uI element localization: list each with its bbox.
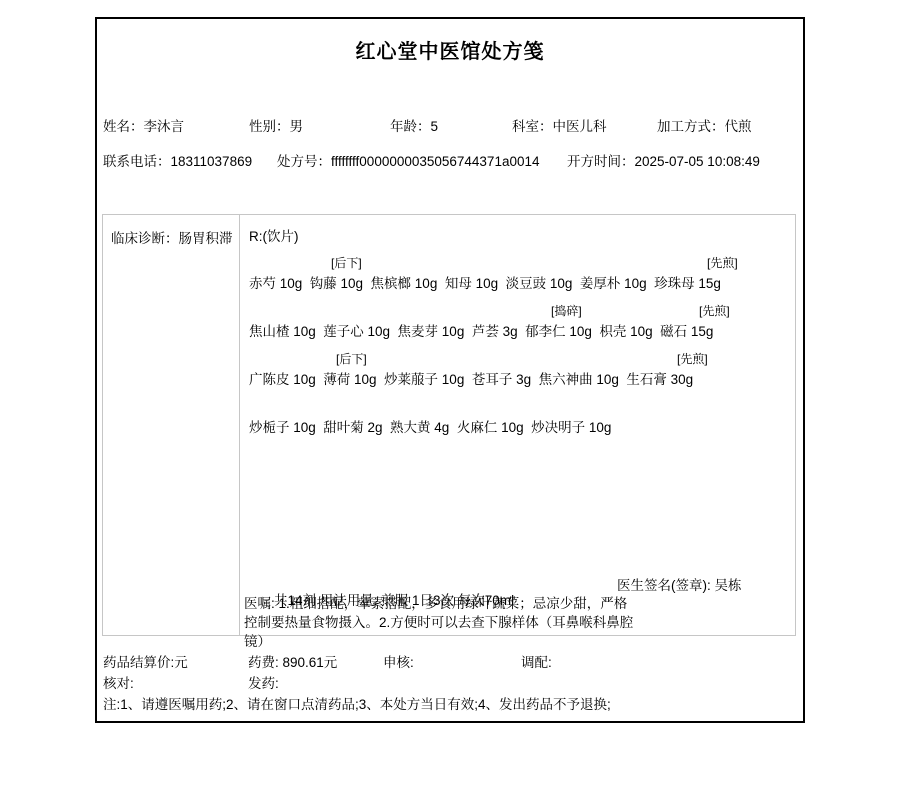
doctor-advice-line: 控制要热量食物摄入。2.方便时可以去查下腺样体（耳鼻喉科鼻腔 xyxy=(244,613,796,632)
review-field: 申核: xyxy=(383,651,414,671)
medicine-fee-field: 药费: 890.61元 xyxy=(248,651,337,671)
medicine-fee-value: 890.61元 xyxy=(283,655,338,670)
doctor-name: 吴栋 xyxy=(715,578,742,593)
cooking-method-label: [先煎] xyxy=(707,254,738,271)
cooking-method-label: [后下] xyxy=(336,350,367,367)
clinical-diagnosis: 临床诊断：肠胃积滞 xyxy=(103,215,240,635)
prescription-lines: [后下][先煎]赤芍 10g 钩藤 10g 焦槟榔 10g 知母 10g 淡豆豉… xyxy=(249,251,795,443)
issue-time-field: 开方时间：2025-07-05 10:08:49 xyxy=(567,150,760,170)
cooking-annotation-row: [后下][先煎] xyxy=(249,251,795,272)
medicine-row: 赤芍 10g 钩藤 10g 焦槟榔 10g 知母 10g 淡豆豉 10g 姜厚朴… xyxy=(249,272,795,299)
medicine-fee-label: 药费: xyxy=(248,655,283,670)
dispensing-field: 调配: xyxy=(521,651,552,671)
medicine-row: 炒栀子 10g 甜叶菊 2g 熟大黄 4g 火麻仁 10g 炒决明子 10g xyxy=(249,416,795,443)
cooking-annotation-row: [捣碎][先煎] xyxy=(249,299,795,320)
issue-time-label: 开方时间： xyxy=(567,154,635,169)
processing-method-label: 加工方式： xyxy=(657,119,725,134)
patient-gender-field: 性别：男 xyxy=(249,115,303,135)
patient-age-field: 年龄：5 xyxy=(390,115,438,135)
patient-department-label: 科室： xyxy=(512,119,553,134)
rx-number-value: ffffffff0000000035056744371a0014 xyxy=(331,154,540,169)
diagnosis-label: 临床诊断： xyxy=(111,231,179,246)
patient-name-value: 李沐言 xyxy=(144,119,185,134)
doctor-signature: 医生签名(签章): 吴栋 xyxy=(617,574,742,594)
dosage-summary-row: 共14剂 用法用量: 煎服 1日3次 每次70ml 医生签名(签章): 吴栋 xyxy=(244,574,796,594)
issue-field: 发药: xyxy=(248,672,279,692)
patient-department-field: 科室：中医儿科 xyxy=(512,115,607,135)
page-title: 红心堂中医馆处方笺 xyxy=(97,35,803,64)
patient-phone-label: 联系电话： xyxy=(103,154,171,169)
patient-gender-value: 男 xyxy=(290,119,304,134)
processing-method-field: 加工方式：代煎 xyxy=(657,115,752,135)
rx-number-label: 处方号： xyxy=(277,154,331,169)
cooking-method-label: [先煎] xyxy=(677,350,708,367)
patient-department-value: 中医儿科 xyxy=(553,119,607,134)
processing-method-value: 代煎 xyxy=(725,119,752,134)
cooking-annotation-row xyxy=(249,395,795,416)
cooking-annotation-row: [后下][先煎] xyxy=(249,347,795,368)
patient-age-value: 5 xyxy=(431,119,439,134)
issue-time-value: 2025-07-05 10:08:49 xyxy=(635,154,760,169)
check-field: 核对: xyxy=(103,672,134,692)
patient-age-label: 年龄： xyxy=(390,119,431,134)
usage-note: 注:1、请遵医嘱用药;2、请在窗口点清药品;3、本处方当日有效;4、发出药品不予… xyxy=(103,693,611,713)
settlement-price-field: 药品结算价:元 xyxy=(103,651,188,671)
dosage-summary: 共14剂 用法用量: 煎服 1日3次 每次70ml xyxy=(274,593,514,608)
medicine-row: 焦山楂 10g 莲子心 10g 焦麦芽 10g 芦荟 3g 郁李仁 10g 枳壳… xyxy=(249,320,795,347)
doctor-signature-label: 医生签名(签章): xyxy=(617,578,715,593)
cooking-method-label: [先煎] xyxy=(699,302,730,319)
cooking-method-label: [捣碎] xyxy=(551,302,582,319)
patient-name-field: 姓名：李沐言 xyxy=(103,115,184,135)
patient-gender-label: 性别： xyxy=(249,119,290,134)
prescription-box: 临床诊断：肠胃积滞 R:(饮片) [后下][先煎]赤芍 10g 钩藤 10g 焦… xyxy=(102,214,796,636)
patient-phone-field: 联系电话：18311037869 xyxy=(103,150,252,170)
patient-phone-value: 18311037869 xyxy=(171,154,253,169)
medicine-row: 广陈皮 10g 薄荷 10g 炒莱菔子 10g 苍耳子 3g 焦六神曲 10g … xyxy=(249,368,795,395)
rx-header: R:(饮片) xyxy=(249,225,795,251)
doctor-advice-line: 镜） xyxy=(244,632,796,651)
diagnosis-value: 肠胃积滞 xyxy=(179,231,233,246)
prescription-content: R:(饮片) [后下][先煎]赤芍 10g 钩藤 10g 焦槟榔 10g 知母 … xyxy=(240,215,795,635)
prescription-footer: 共14剂 用法用量: 煎服 1日3次 每次70ml 医生签名(签章): 吴栋 医… xyxy=(244,574,796,651)
patient-name-label: 姓名： xyxy=(103,119,144,134)
rx-number-field: 处方号：ffffffff0000000035056744371a0014 xyxy=(277,150,540,170)
prescription-sheet: 红心堂中医馆处方笺 姓名：李沐言 性别：男 年龄：5 科室：中医儿科 加工方式：… xyxy=(95,17,805,723)
cooking-method-label: [后下] xyxy=(331,254,362,271)
